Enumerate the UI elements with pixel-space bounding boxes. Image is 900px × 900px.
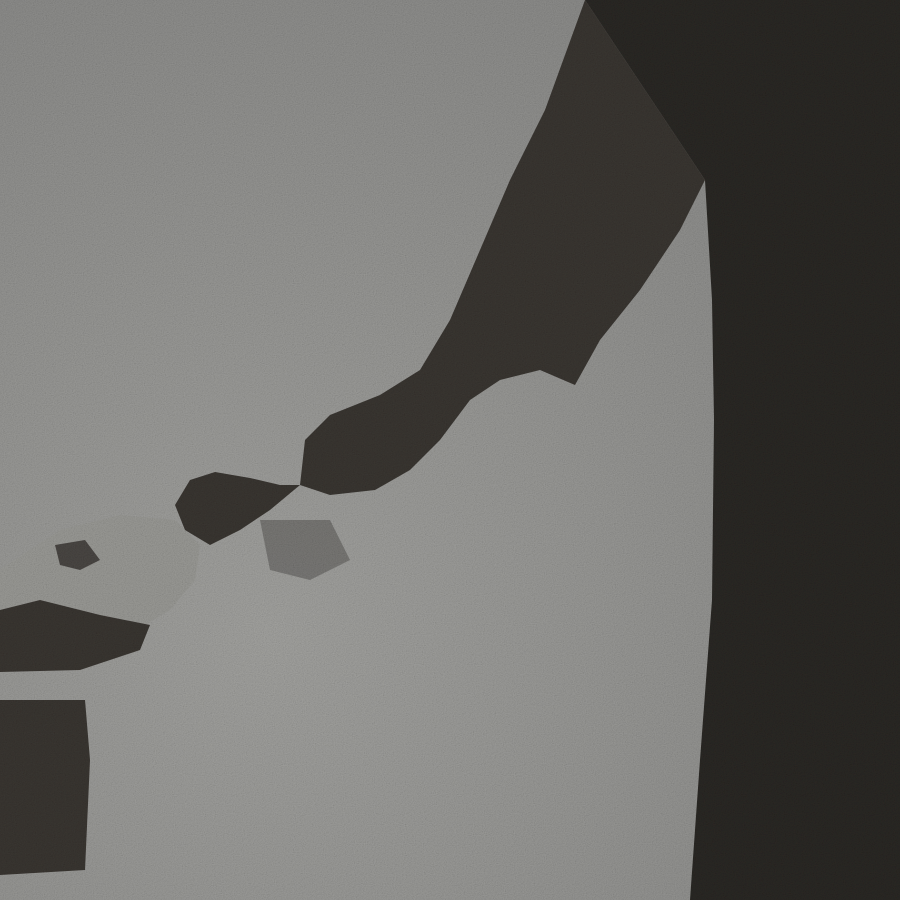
dark-object [0, 700, 90, 875]
photo-canvas [0, 0, 900, 900]
photo-scene [0, 0, 900, 900]
